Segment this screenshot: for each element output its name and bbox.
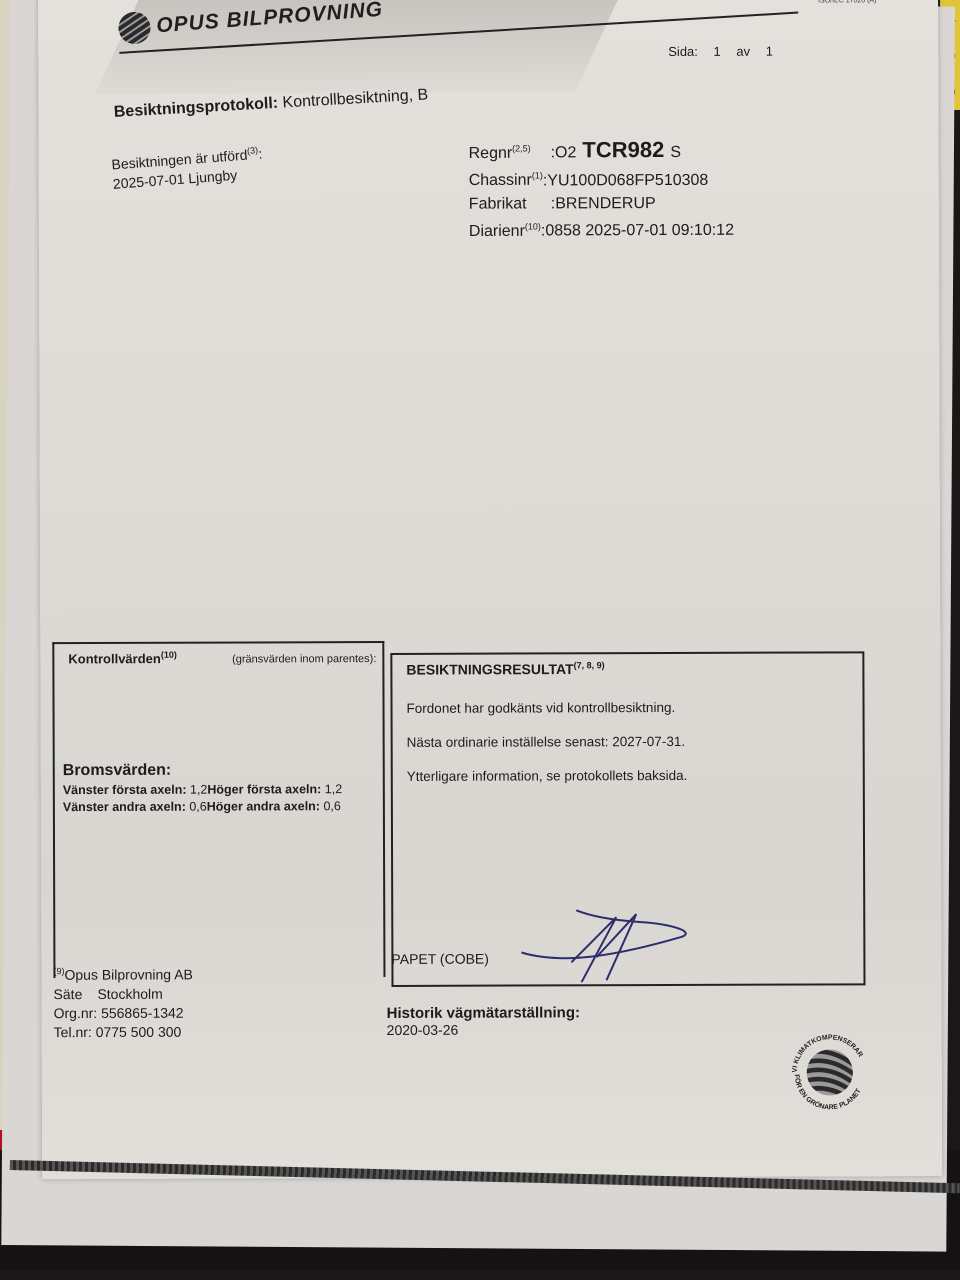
control-values-subtitle: (gränsvärden inom parentes): <box>232 653 376 666</box>
diarienr-value: :0858 2025-07-01 09:10:12 <box>541 219 734 243</box>
footnote-ref: (1) <box>532 171 543 181</box>
result-title: BESIKTNINGSRESULTAT(7, 8, 9) <box>406 660 604 677</box>
brake-values: Bromsvärden: Vänster första axeln: 1,2Hö… <box>63 761 343 816</box>
company-info: (9)Opus Bilprovning AB Säte Stockholm Or… <box>53 962 193 1042</box>
inspection-performed: Besiktningen är utförd(3): 2025-07-01 Lj… <box>111 141 265 194</box>
regnr-row: Regnr(2,5) :O2 TCR982 S <box>469 137 734 165</box>
inspection-protocol-page: OPUS BILPROVNING Kontroll ISO/IEC 17020 … <box>38 0 942 1179</box>
odometer-date: 2020-03-26 <box>387 1021 580 1038</box>
signature <box>521 902 691 983</box>
page-total: 1 <box>766 44 773 59</box>
globe-logo-icon <box>117 11 151 45</box>
company-name: Opus Bilprovning AB <box>64 966 192 982</box>
odometer-history: Historik vägmätarställning: 2020-03-26 <box>387 1004 581 1038</box>
result-more-info: Ytterligare information, se protokollets… <box>407 768 688 784</box>
footnote-ref: (7, 8, 9) <box>574 660 605 670</box>
regnr-suffix: S <box>670 141 681 164</box>
company-seat: Säte Stockholm <box>53 984 192 1003</box>
diarienr-row: Diarienr(10) :0858 2025-07-01 09:10:12 <box>469 214 734 242</box>
odometer-title: Historik vägmätarställning: <box>387 1004 580 1022</box>
plastic-sleeve: OPUS BILPROVNING Kontroll ISO/IEC 17020 … <box>1 0 955 1252</box>
company-telnr: Tel.nr: 0775 500 300 <box>54 1022 193 1041</box>
regnr-label: Regnr(2,5) <box>469 137 551 165</box>
inspector-name: PAPET (COBE) <box>391 951 489 967</box>
vehicle-info: Regnr(2,5) :O2 TCR982 S Chassinr(1) :YU1… <box>469 137 734 243</box>
brake-value: 0,6 <box>323 799 340 813</box>
brake-row: Vänster första axeln: 1,2Höger första ax… <box>63 781 342 799</box>
brake-label: Vänster andra axeln: <box>63 800 186 814</box>
result-next-inspection: Nästa ordinarie inställelse senast: 2027… <box>407 734 685 750</box>
control-values-title: Kontrollvärden(10) <box>68 650 177 667</box>
diarienr-label: Diarienr(10) <box>469 215 541 243</box>
title-text: BESIKTNINGSRESULTAT <box>406 661 573 678</box>
title-label: Besiktningsprotokoll: <box>113 95 278 121</box>
brake-label: Vänster första axeln: <box>63 783 187 797</box>
brake-value: 1,2 <box>190 783 207 797</box>
label-text: Diarienr <box>469 222 525 239</box>
label-text: Regnr <box>469 145 513 162</box>
footnote-ref: (9) <box>53 966 64 976</box>
footnote-ref: (3) <box>247 145 259 156</box>
company-orgnr: Org.nr: 556865-1342 <box>54 1003 193 1022</box>
page-current: 1 <box>713 44 720 59</box>
chassinr-row: Chassinr(1) :YU100D068FP510308 <box>469 164 734 192</box>
fabrikat-value: :BRENDERUP <box>551 192 656 215</box>
chassinr-label: Chassinr(1) <box>469 165 543 193</box>
brake-value: 0,6 <box>189 800 206 814</box>
footnote-ref: (10) <box>161 650 177 660</box>
brake-label: Höger andra axeln: <box>207 799 320 813</box>
regnr-prefix: :O2 <box>551 142 577 165</box>
fabrikat-row: Fabrikat :BRENDERUP <box>469 191 734 215</box>
footnote-ref: (2,5) <box>512 143 531 153</box>
seat-label: Säte <box>53 985 93 1004</box>
control-values-box: Kontrollvärden(10) (gränsvärden inom par… <box>52 641 385 978</box>
accreditation-line: ISO/IEC 17020 (A) <box>818 0 876 5</box>
brake-values-title: Bromsvärden: <box>63 761 342 780</box>
chassinr-value: :YU100D068FP510308 <box>543 169 709 193</box>
brake-value: 1,2 <box>325 782 342 796</box>
page-indicator: Sida: 1 av 1 <box>668 44 785 59</box>
result-approved: Fordonet har godkänts vid kontrollbesikt… <box>407 700 676 716</box>
title-text: Kontrollvärden <box>68 651 161 666</box>
page-label: Sida: <box>668 44 698 59</box>
brake-row: Vänster andra axeln: 0,6Höger andra axel… <box>63 798 342 816</box>
control-values-header: Kontrollvärden(10) (gränsvärden inom par… <box>54 643 382 666</box>
footnote-ref: (10) <box>525 221 541 231</box>
regnr-value: TCR982 <box>582 138 664 161</box>
seat-value: Stockholm <box>97 984 162 1003</box>
label-text: Chassinr <box>469 172 532 189</box>
climate-compensation-badge: VI KLIMATKOMPENSERAR FÖR EN GRÖNARE PLAN… <box>784 1026 876 1118</box>
brake-label: Höger första axeln: <box>207 782 321 796</box>
accreditation-mark: Kontroll ISO/IEC 17020 (A) <box>818 0 876 5</box>
fabrikat-label: Fabrikat <box>469 192 551 215</box>
page-of: av <box>736 44 750 59</box>
